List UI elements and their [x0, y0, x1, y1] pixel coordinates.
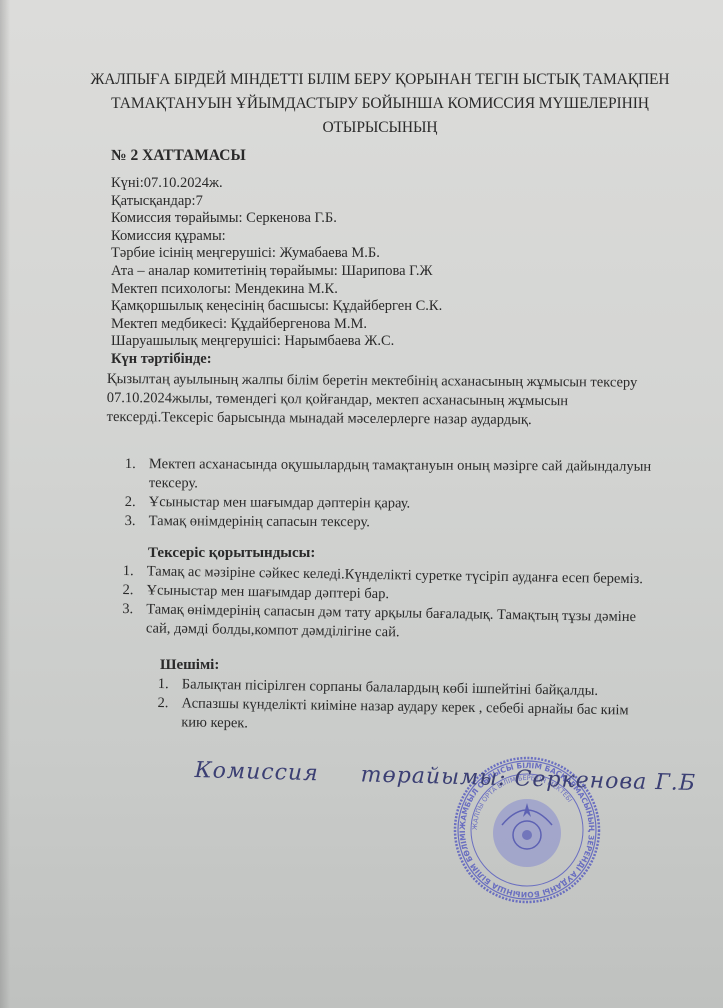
signature-word-2: төрайымы:	[360, 762, 507, 791]
item-text: Мектеп асханасында оқушылардың тамақтану…	[149, 455, 651, 477]
document-title: ЖАЛПЫҒА БІРДЕЙ МІНДЕТТІ БІЛІМ БЕРУ ҚОРЫН…	[80, 68, 680, 140]
item-text: Тамақ өнімдерінің сапасын тексеру.	[149, 512, 651, 534]
member-5: Мектеп медбикесі: Құдайбергенова М.М.	[111, 316, 442, 334]
item-number: 2.	[125, 493, 136, 512]
item-number: 2.	[122, 581, 133, 600]
member-3: Мектеп психологы: Мендекина М.К.	[111, 281, 442, 299]
agenda-item: 3. Тамақ өнімдерінің сапасын тексеру.	[125, 512, 651, 534]
results-list: 1. Тамақ ас мәзіріне сәйкес келеді.Күнде…	[122, 562, 643, 646]
agenda-list: 1. Мектеп асханасында оқушылардың тамақт…	[125, 455, 652, 534]
item-number: 3.	[125, 512, 136, 531]
item-number: 1.	[158, 675, 169, 694]
item-text: Ұсыныстар мен шағымдар дәптерін қарау.	[149, 493, 651, 515]
result-item: 3. Тамақ өнімдерінің сапасын дәм тату ар…	[122, 600, 643, 646]
item-number: 3.	[122, 600, 133, 619]
item-number: 2.	[157, 694, 168, 713]
participants-count: Қатысқандар:7	[111, 193, 442, 211]
item-text-cont: тексеру.	[149, 474, 651, 496]
decision-item: 2. Аспазшы күнделікті киіміне назар ауда…	[157, 694, 629, 739]
chair-signature: Комиссия төрайымы: Серкенова Г.Б	[194, 758, 696, 796]
member-6: Шаруашылық меңгерушісі: Нарымбаева Ж.С.	[111, 333, 442, 351]
intro-line: тексерді.Тексеріс барысында мынадай мәсе…	[107, 408, 697, 431]
signature-word-1: Комиссия	[194, 758, 319, 786]
results-heading: Тексеріс қорытындысы:	[148, 545, 315, 562]
item-number: 1.	[123, 562, 134, 581]
meeting-details: Күні:07.10.2024ж. Қатысқандар:7 Комиссия…	[111, 175, 442, 369]
page-edge-shadow	[0, 0, 10, 1008]
commission-chair: Комиссия төрайымы: Серкенова Г.Б.	[111, 210, 442, 228]
item-number: 1.	[125, 455, 136, 474]
agenda-item: 1. Мектеп асханасында оқушылардың тамақт…	[125, 455, 651, 496]
agenda-label: Күн тәртібінде:	[111, 351, 442, 369]
meeting-date: Күні:07.10.2024ж.	[111, 175, 442, 193]
title-line-1: ЖАЛПЫҒА БІРДЕЙ МІНДЕТТІ БІЛІМ БЕРУ ҚОРЫН…	[80, 68, 680, 92]
member-4: Қамқоршылық кеңесінің басшысы: Құдайберг…	[111, 298, 442, 316]
member-2: Ата – аналар комитетінің төрайымы: Шарип…	[111, 263, 442, 281]
protocol-number: № 2 ХАТТАМАСЫ	[111, 147, 246, 165]
intro-paragraph: Қызылтаң ауылының жалпы білім беретін ме…	[107, 370, 697, 431]
member-1: Тәрбие ісінің меңгерушісі: Жумабаева М.Б…	[111, 245, 442, 263]
document-page: ЖАЛПЫҒА БІРДЕЙ МІНДЕТТІ БІЛІМ БЕРУ ҚОРЫН…	[0, 0, 723, 1008]
title-line-2: ТАМАҚТАНУЫН ҰЙЫМДАСТЫРУ БОЙЫНША КОМИССИЯ…	[80, 92, 680, 116]
title-line-3: ОТЫРЫСЫНЫҢ	[80, 116, 680, 140]
composition-label: Комиссия құрамы:	[111, 228, 442, 246]
decision-list: 1. Балықтан пісірілген сорпаны балаларды…	[157, 675, 629, 739]
decision-heading: Шешімі:	[160, 657, 219, 674]
signature-name: Серкенова Г.Б	[514, 766, 696, 796]
